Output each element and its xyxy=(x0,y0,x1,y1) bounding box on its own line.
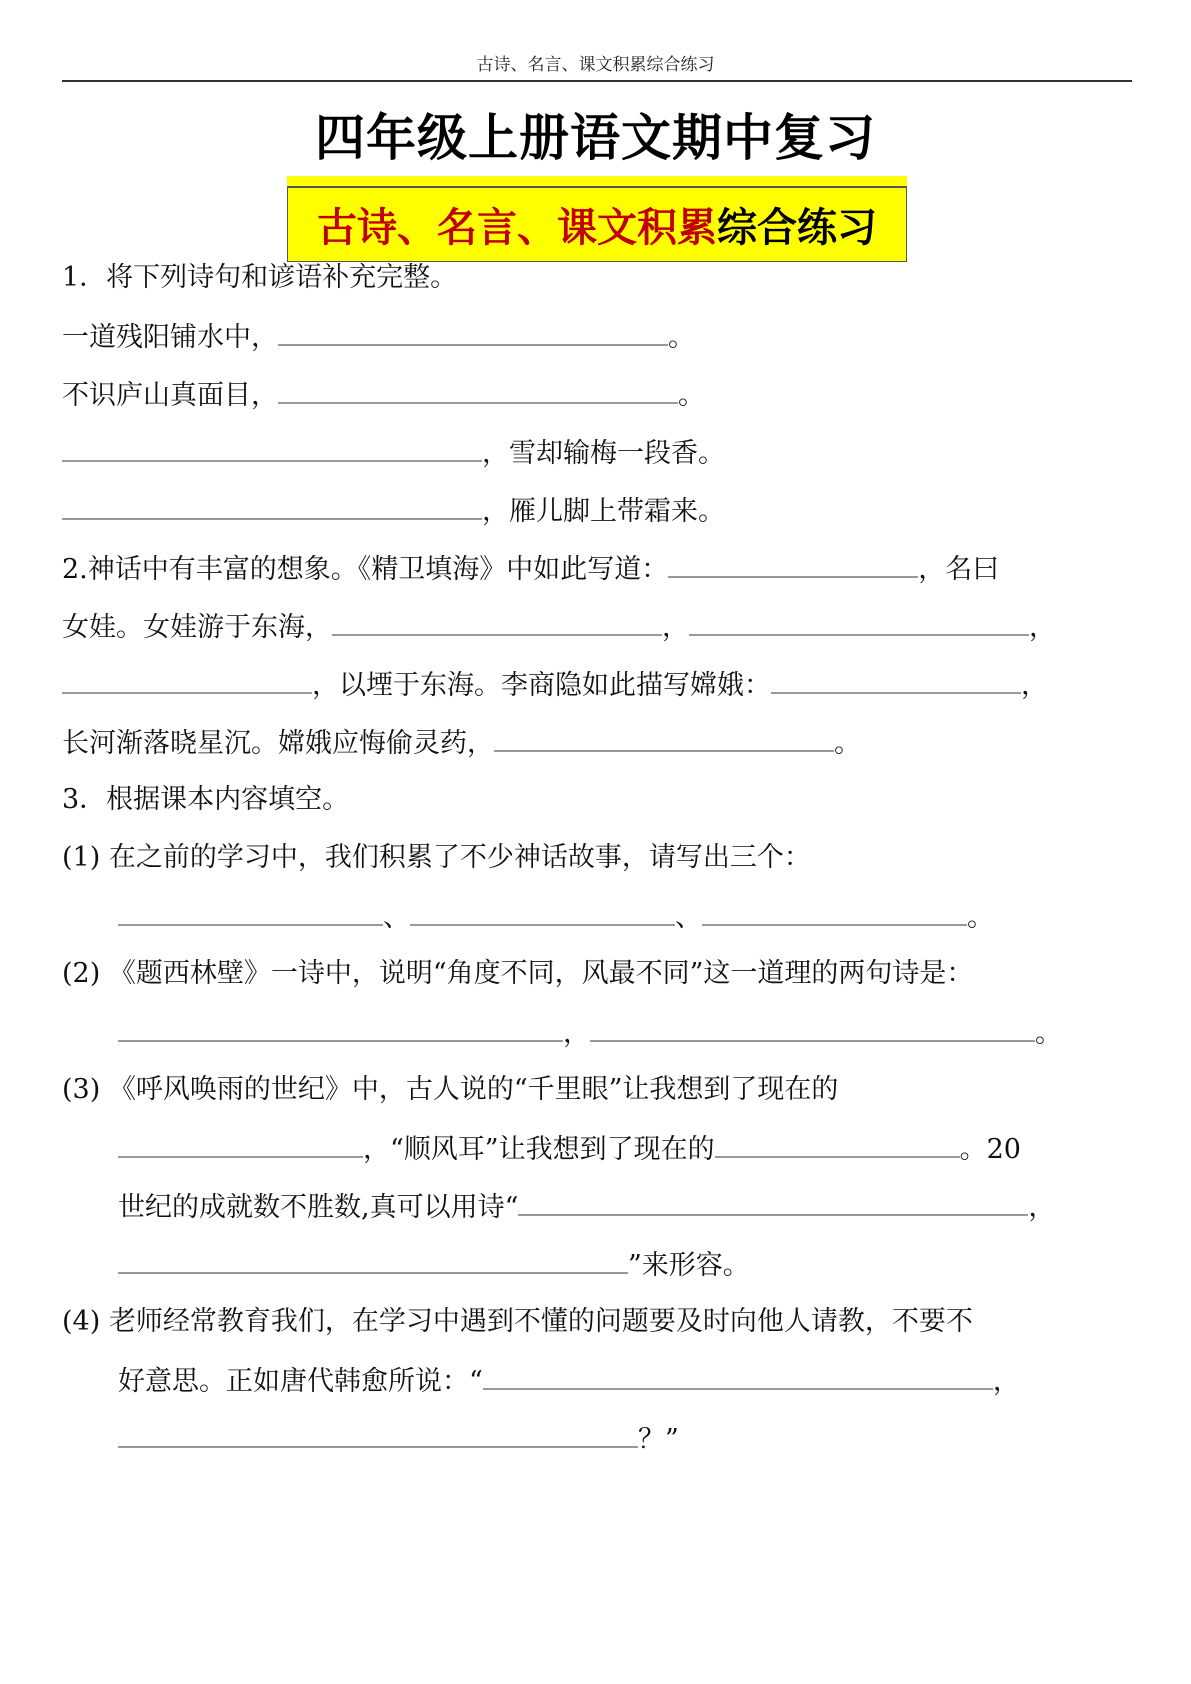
answer-blank[interactable] xyxy=(689,608,1029,636)
banner-black-text: 综合练习 xyxy=(717,196,877,253)
q3-text: ， xyxy=(993,1366,1020,1397)
q1-line-1: 一道残阳铺水中，。 xyxy=(62,318,695,356)
q3-text: 好意思。正如唐代韩愈所说：“ xyxy=(118,1366,483,1397)
q1-line-3-text: ，雪却输梅一段香。 xyxy=(482,438,725,469)
answer-blank[interactable] xyxy=(118,1246,628,1274)
q3-text: ，“顺风耳”让我想到了现在的 xyxy=(363,1134,715,1165)
answer-blank[interactable] xyxy=(715,1130,960,1158)
running-header: 古诗、名言、课文积累综合练习 xyxy=(0,50,1191,75)
q1-line-4: ，雁儿脚上带霜来。 xyxy=(62,492,725,530)
q3-sub4-line-2: 好意思。正如唐代韩愈所说：“， xyxy=(118,1362,1020,1400)
q1-line-1-end: 。 xyxy=(668,322,695,353)
separator: 。 xyxy=(1035,1018,1062,1049)
separator: ， xyxy=(563,1018,590,1049)
q2-line-4: 长河渐落晓星沉。嫦娥应悔偷灵药，。 xyxy=(62,724,861,762)
separator: 、 xyxy=(675,902,702,933)
q1-line-2-text: 不识庐山真面目， xyxy=(62,380,278,411)
answer-blank[interactable] xyxy=(668,550,918,578)
banner-red-text: 古诗、名言、课文积累 xyxy=(317,196,717,253)
q1-prompt: 1．将下列诗句和谚语补充完整。 xyxy=(62,260,457,296)
answer-blank[interactable] xyxy=(118,1420,638,1448)
q3-sub3-line-4: ”来形容。 xyxy=(118,1246,750,1284)
q2-text: 。 xyxy=(834,728,861,759)
q2-text: ， xyxy=(662,612,689,643)
q2-text: 女娃。女娃游于东海， xyxy=(62,612,332,643)
q3-text: 。20 xyxy=(960,1134,1021,1165)
q2-text: ， xyxy=(1029,612,1056,643)
answer-blank[interactable] xyxy=(494,724,834,752)
q3-sub2-answers: ，。 xyxy=(118,1014,1062,1052)
answer-blank[interactable] xyxy=(62,434,482,462)
q3-sub4-text: (4) 老师经常教育我们，在学习中遇到不懂的问题要及时向他人请教，不要不 xyxy=(62,1304,973,1340)
q2-line-3: ，以堙于东海。李商隐如此描写嫦娥：， xyxy=(62,666,1048,704)
answer-blank[interactable] xyxy=(332,608,662,636)
answer-blank[interactable] xyxy=(483,1362,993,1390)
separator: 、 xyxy=(383,902,410,933)
q2-text: 长河渐落晓星沉。嫦娥应悔偷灵药， xyxy=(62,728,494,759)
q3-sub4-line-3: ？” xyxy=(118,1420,679,1458)
q1-line-3: ，雪却输梅一段香。 xyxy=(62,434,725,472)
answer-blank[interactable] xyxy=(278,376,678,404)
q3-text: ？” xyxy=(638,1424,679,1455)
q3-sub3-line-2: ，“顺风耳”让我想到了现在的。20 xyxy=(118,1130,1021,1168)
answer-blank[interactable] xyxy=(278,318,668,346)
q2-text: ，以堙于东海。李商隐如此描写嫦娥： xyxy=(312,670,771,701)
answer-blank[interactable] xyxy=(62,666,312,694)
q2-text: ，名曰 xyxy=(918,554,999,585)
answer-blank[interactable] xyxy=(702,898,967,926)
answer-blank[interactable] xyxy=(118,898,383,926)
q1-line-1-text: 一道残阳铺水中， xyxy=(62,322,278,353)
answer-blank[interactable] xyxy=(410,898,675,926)
q3-sub1-text: (1) 在之前的学习中，我们积累了不少神话故事，请写出三个： xyxy=(62,840,811,876)
q3-sub1-answers: 、、。 xyxy=(118,898,994,936)
q1-line-2: 不识庐山真面目，。 xyxy=(62,376,705,414)
q3-sub3-text: (3) 《呼风唤雨的世纪》中，古人说的“千里眼”让我想到了现在的 xyxy=(62,1072,838,1108)
header-divider xyxy=(62,80,1132,82)
q3-sub3-line-3: 世纪的成就数不胜数,真可以用诗“， xyxy=(118,1188,1055,1226)
q3-sub2-text: (2) 《题西林壁》一诗中，说明“角度不同，风最不同”这一道理的两句诗是： xyxy=(62,956,973,992)
q2-line-2: 女娃。女娃游于东海，，， xyxy=(62,608,1056,646)
answer-blank[interactable] xyxy=(118,1130,363,1158)
q3-text: ， xyxy=(1028,1192,1055,1223)
answer-blank[interactable] xyxy=(771,666,1021,694)
q2-text: 2.神话中有丰富的想象。《精卫填海》中如此写道： xyxy=(62,554,668,585)
page-title: 四年级上册语文期中复习 xyxy=(0,98,1191,170)
separator: 。 xyxy=(967,902,994,933)
q1-line-2-end: 。 xyxy=(678,380,705,411)
subtitle-banner: 古诗、名言、课文积累综合练习 xyxy=(287,176,907,262)
answer-blank[interactable] xyxy=(518,1188,1028,1216)
q3-prompt: 3．根据课本内容填空。 xyxy=(62,782,349,818)
answer-blank[interactable] xyxy=(118,1014,563,1042)
q2-text: ， xyxy=(1021,670,1048,701)
q3-text: 世纪的成就数不胜数,真可以用诗“ xyxy=(118,1192,518,1223)
q2-line-1: 2.神话中有丰富的想象。《精卫填海》中如此写道：，名曰 xyxy=(62,550,999,588)
answer-blank[interactable] xyxy=(590,1014,1035,1042)
q1-line-4-text: ，雁儿脚上带霜来。 xyxy=(482,496,725,527)
answer-blank[interactable] xyxy=(62,492,482,520)
q3-text: ”来形容。 xyxy=(628,1250,750,1281)
